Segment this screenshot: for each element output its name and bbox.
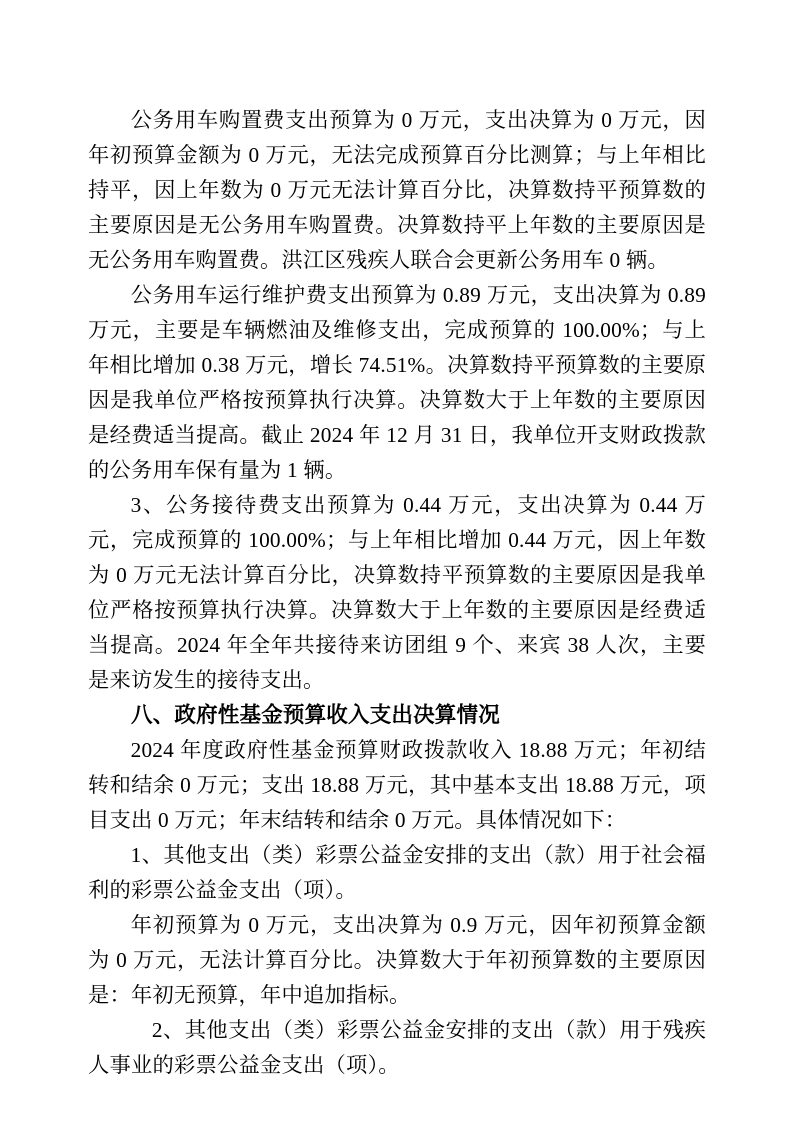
document-page: 公务用车购置费支出预算为 0 万元，支出决算为 0 万元，因年初预算金额为 0 …	[0, 0, 793, 1122]
paragraph-lottery-welfare-item-2: 2、其他支出（类）彩票公益金安排的支出（款）用于残疾人事业的彩票公益金支出（项）…	[88, 1013, 706, 1083]
paragraph-vehicle-purchase-expense: 公务用车购置费支出预算为 0 万元，支出决算为 0 万元，因年初预算金额为 0 …	[88, 103, 706, 278]
paragraph-government-fund-overview: 2024 年度政府性基金预算财政拨款收入 18.88 万元；年初结转和结余 0 …	[88, 733, 706, 838]
document-content: 公务用车购置费支出预算为 0 万元，支出决算为 0 万元，因年初预算金额为 0 …	[88, 103, 706, 1083]
paragraph-lottery-welfare-item-1: 1、其他支出（类）彩票公益金安排的支出（款）用于社会福利的彩票公益金支出（项）。	[88, 838, 706, 908]
section-heading-government-fund: 八、政府性基金预算收入支出决算情况	[88, 698, 706, 733]
paragraph-official-reception-expense: 3、公务接待费支出预算为 0.44 万元，支出决算为 0.44 万元，完成预算的…	[88, 488, 706, 698]
paragraph-lottery-welfare-item-1-detail: 年初预算为 0 万元，支出决算为 0.9 万元，因年初预算金额为 0 万元，无法…	[88, 908, 706, 1013]
paragraph-vehicle-operation-expense: 公务用车运行维护费支出预算为 0.89 万元，支出决算为 0.89 万元，主要是…	[88, 278, 706, 488]
